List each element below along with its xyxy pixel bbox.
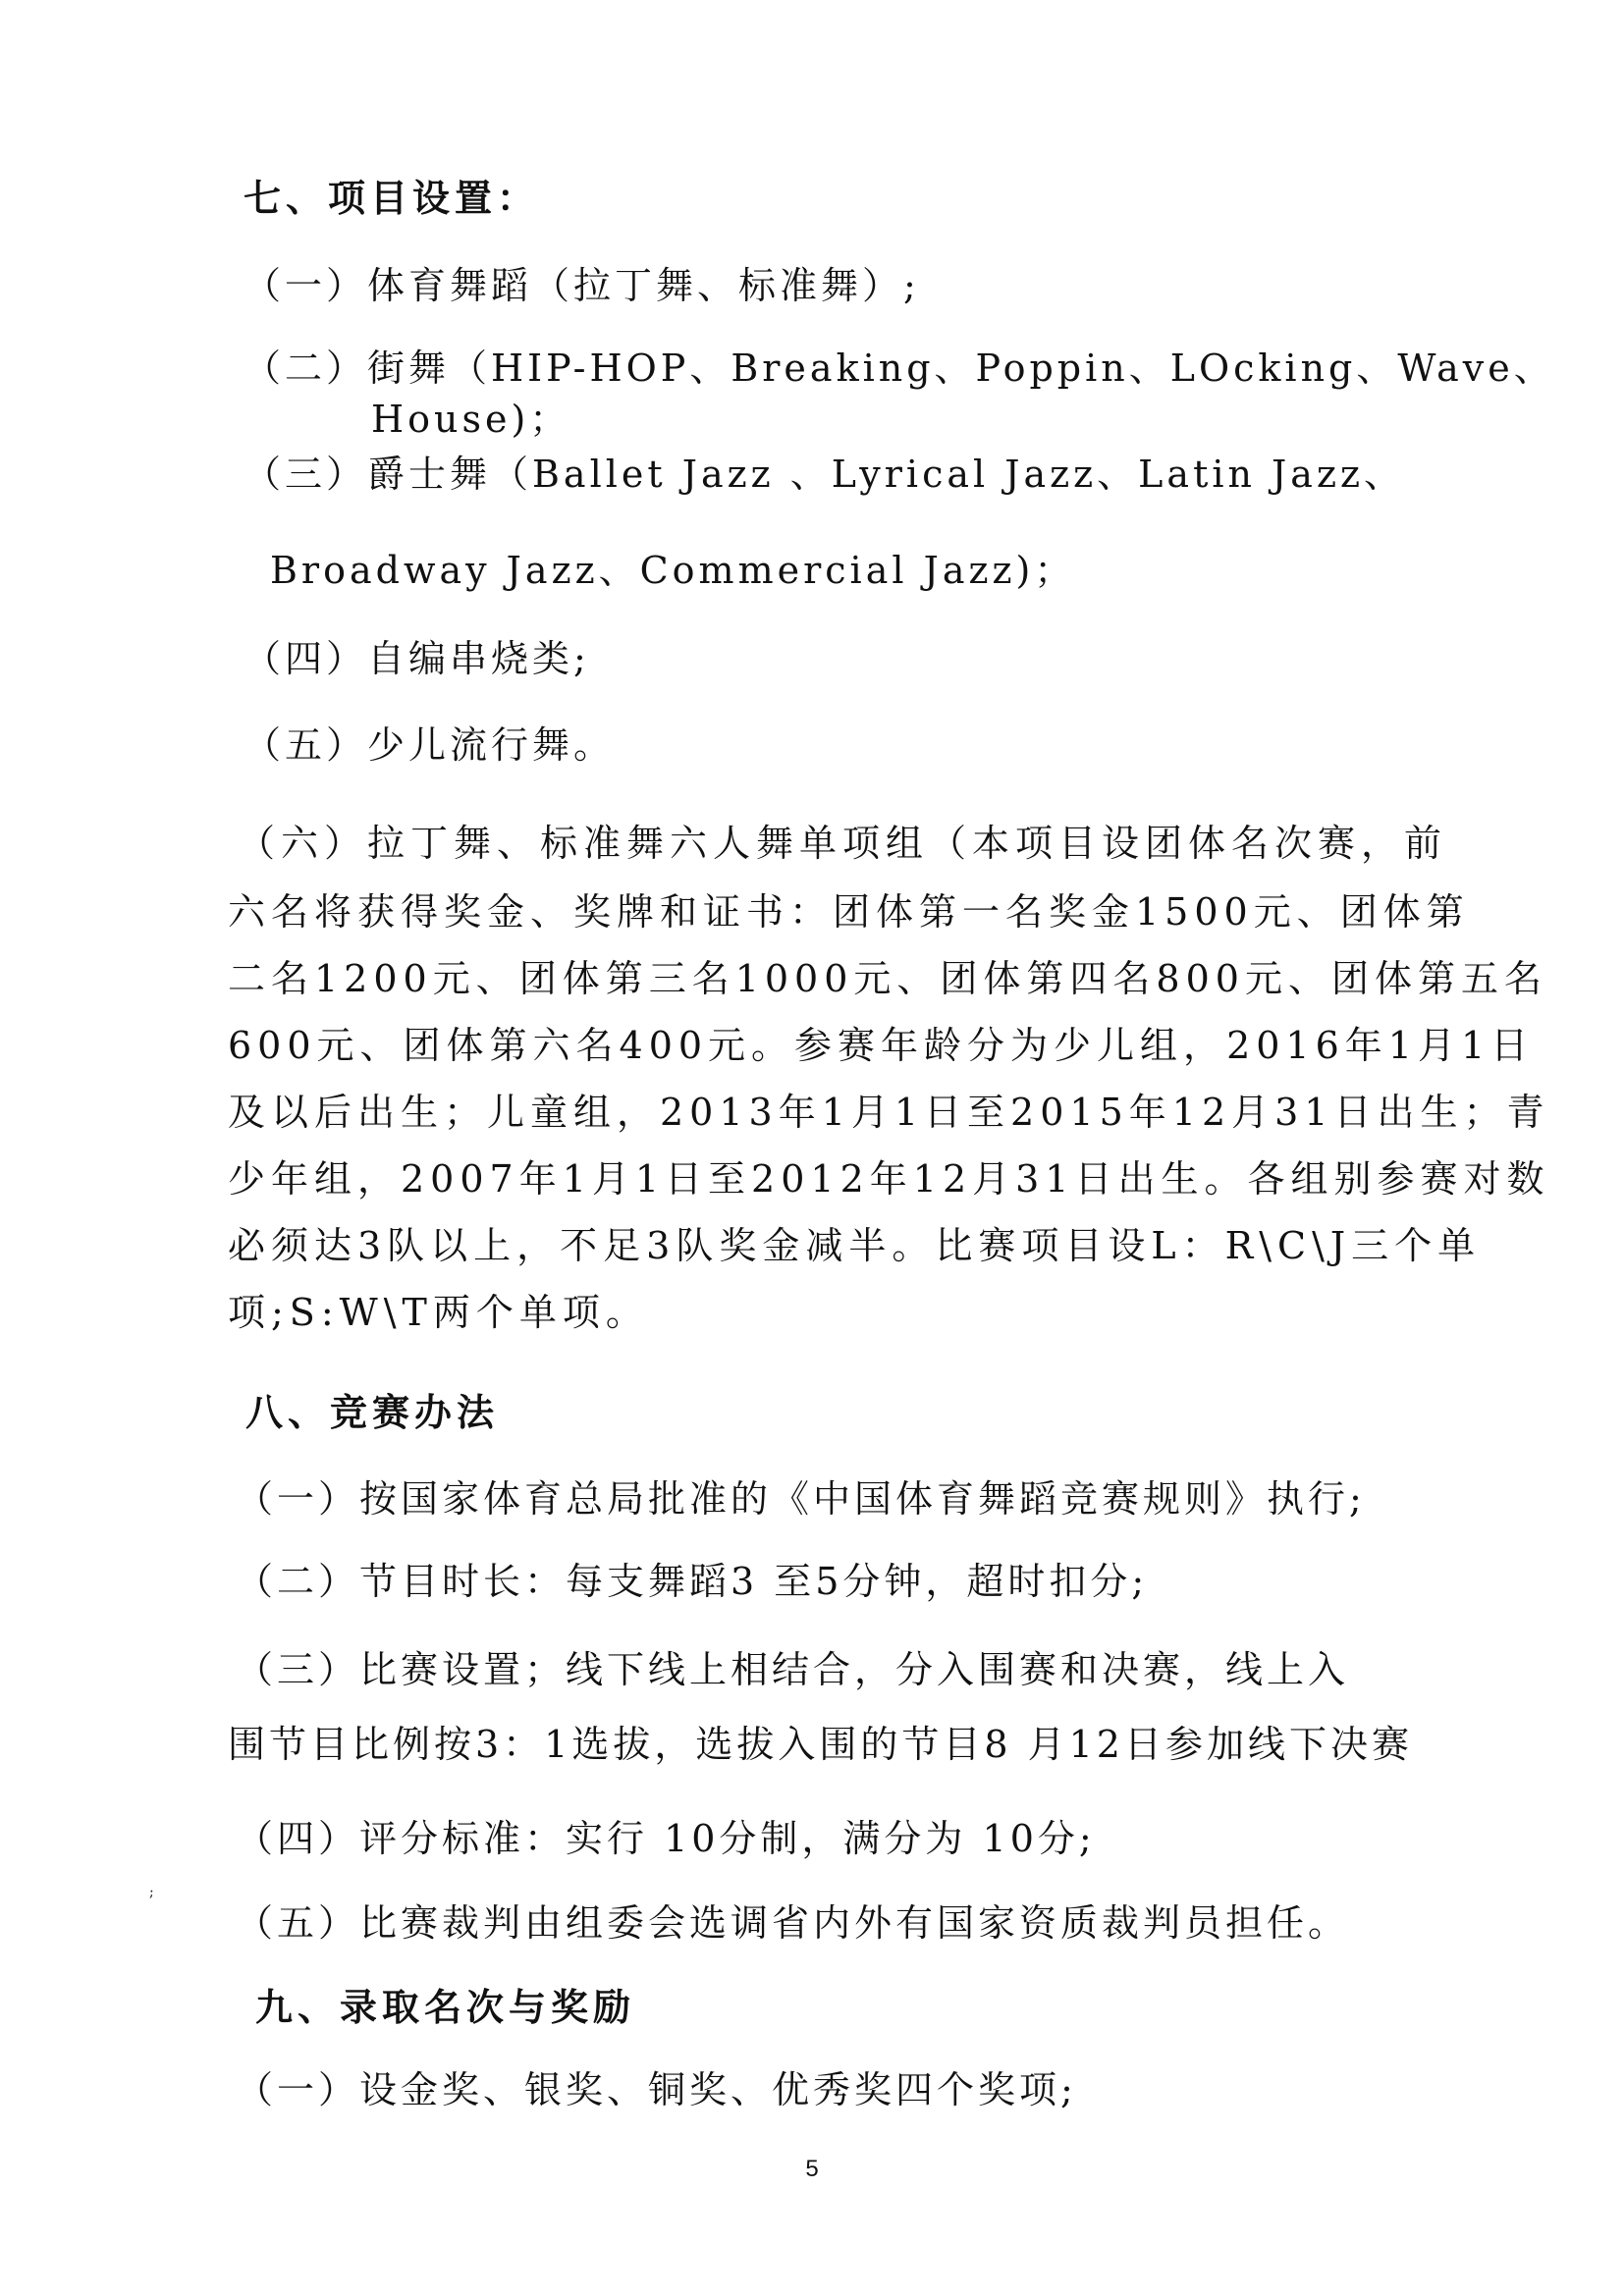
list-item: （二）节目时长：每支舞蹈3 至5分钟，超时扣分;	[236, 1563, 1148, 1600]
paragraph-line: 及以后出生；儿童组，2013年1月1日至2015年12月31日出生；青	[228, 1094, 1549, 1131]
paragraph-line: 少年组，2007年1月1日至2012年12月31日出生。各组别参赛对数	[228, 1160, 1549, 1198]
list-item: （三）比赛设置；线下线上相结合，分入围赛和决赛，线上入	[236, 1651, 1349, 1688]
list-item: （三）爵士舞（Ballet Jazz 、Lyrical Jazz、Latin J…	[244, 455, 1405, 493]
paragraph-line: 项;S:W\T两个单项。	[228, 1294, 649, 1331]
list-item-continued: House)；	[371, 400, 570, 438]
list-item-continued: 围节目比例按3：1选拔，选拔入围的节目8 月12日参加线下决赛	[228, 1726, 1413, 1763]
list-item: （五）少儿流行舞。	[244, 726, 615, 764]
list-item: （四）评分标准：实行 10分制，满分为 10分;	[236, 1820, 1096, 1857]
page-number: 5	[0, 2156, 1624, 2183]
section-heading-8: 八、竞赛办法	[245, 1394, 499, 1431]
stray-mark: ;	[149, 1885, 154, 1900]
list-item: （一）按国家体育总局批准的《中国体育舞蹈竞赛规则》执行;	[236, 1480, 1366, 1518]
list-item: （一）体育舞蹈（拉丁舞、标准舞）;	[244, 267, 920, 304]
paragraph-line: 必须达3队以上，不足3队奖金减半。比赛项目设L：R\C\J三个单	[228, 1227, 1481, 1264]
list-item: （四）自编串烧类;	[244, 640, 590, 677]
paragraph-line: 六名将获得奖金、奖牌和证书：团体第一名奖金1500元、团体第	[228, 893, 1470, 931]
section-heading-7: 七、项目设置：	[244, 180, 539, 217]
paragraph-line: （六）拉丁舞、标准舞六人舞单项组（本项目设团体名次赛，前	[238, 825, 1447, 862]
paragraph-line: 600元、团体第六名400元。参赛年龄分为少儿组，2016年1月1日	[228, 1027, 1534, 1064]
list-item: （一）设金奖、银奖、铜奖、优秀奖四个奖项;	[236, 2071, 1077, 2109]
section-heading-9: 九、录取名次与奖励	[255, 1989, 635, 2026]
paragraph-line: 二名1200元、团体第三名1000元、团体第四名800元、团体第五名	[228, 960, 1547, 997]
list-item: （五）比赛裁判由组委会选调省内外有国家资质裁判员担任。	[236, 1904, 1349, 1942]
list-item: （二）街舞（HIP-HOP、Breaking、Poppin、LOcking、Wa…	[244, 349, 1555, 387]
list-item-continued: Broadway Jazz、Commercial Jazz)；	[270, 552, 1075, 589]
